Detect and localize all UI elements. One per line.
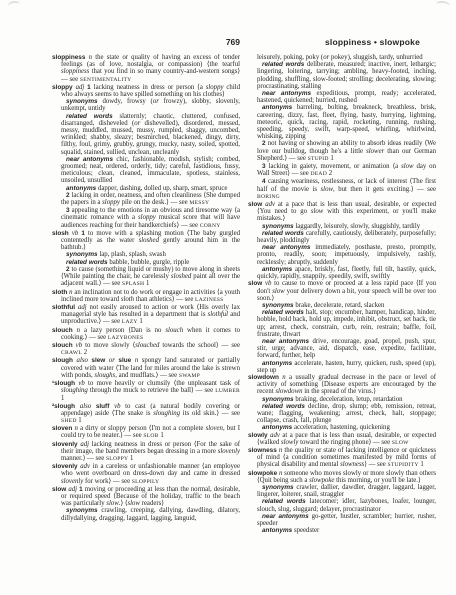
text-run: synonyms [66, 98, 102, 105]
text-run: slowness [248, 447, 279, 454]
sense-paragraph: antonyms accelerate, hasten, hurry, quic… [248, 360, 436, 374]
text-run: sloppiness [52, 54, 89, 61]
text-run: synonyms [262, 396, 295, 403]
text-run: slow [248, 201, 265, 208]
text-run: sloughing [153, 410, 183, 417]
text-run: sluff [96, 403, 114, 410]
text-run: related words [262, 61, 307, 68]
entry-paragraph: slothful adj not easily aroused to actio… [52, 304, 240, 327]
text-run: slovenly [52, 463, 80, 470]
text-run: synonyms [262, 302, 295, 309]
sense-paragraph: near antonyms expeditious, prompt, ready… [248, 90, 436, 104]
text-run: STUPIDITY [387, 462, 418, 468]
text-run: sloth [121, 296, 136, 303]
entry-paragraph: slouch n a lazy person ⟨Dan is no slouch… [52, 327, 240, 342]
text-run: ¹slough [52, 380, 78, 387]
text-run: through the muck to retrieve the ball⟩ —… [90, 387, 215, 394]
entry-paragraph: sloppy adj 1 lacking neatness in dress o… [52, 84, 240, 98]
entry-paragraph: slovenly adj lacking neatness in dress o… [52, 441, 240, 464]
thesaurus-page: 769 sloppiness • slowpoke sloppiness n t… [0, 0, 456, 595]
sense-paragraph: related words deliberate, measured; inac… [248, 61, 436, 90]
text-run: sloshed [171, 273, 193, 280]
text-run: vb [78, 380, 88, 387]
text-run: sloppiness [61, 68, 92, 75]
text-run: manner.⟩ — see [61, 455, 106, 462]
text-run: BORING [257, 194, 280, 200]
text-run: SENTIMENTALITY [80, 77, 132, 83]
entry-paragraph: sloth n an inclination not to do work or… [52, 289, 240, 304]
text-run: slew [91, 357, 108, 364]
text-run: lacking in gaiety, movement, or animatio… [269, 163, 402, 170]
sense-paragraph: synonyms crawler, dallier, dawdler, drag… [248, 484, 436, 498]
text-run: slowly [281, 439, 300, 446]
text-run: or [109, 357, 119, 364]
text-run: pile on the desk.⟩ — see [122, 199, 190, 206]
text-run: synonyms [262, 223, 295, 230]
text-run: slothful [52, 304, 78, 311]
entry-paragraph: slow vb to cause to move or proceed at a… [248, 280, 436, 302]
text-run: STUPID [308, 156, 329, 162]
text-run: slow [106, 500, 118, 507]
sense-paragraph: synonyms crawling, creeping, dallying, d… [52, 507, 240, 521]
entry-paragraph: slowdown n a usually gradual decrease in… [248, 374, 436, 396]
text-run: 1 [77, 417, 82, 424]
text-run: or [134, 120, 144, 127]
sense-paragraph: near antonyms immediately, posthaste, pr… [248, 244, 436, 266]
sense-paragraph: synonyms braking, deceleration, letup, r… [248, 396, 436, 403]
text-run: leisurely, poking, poky ( [257, 54, 323, 61]
sense-paragraph: related words babble, bubble, gurgle, ri… [52, 259, 240, 266]
text-run: ⟩ — see [364, 461, 387, 468]
sense-paragraph: synonyms laggardly, leisurely, slowly, s… [248, 223, 436, 230]
text-run: MESSY [189, 200, 209, 206]
text-run: antonyms [262, 424, 294, 431]
text-run: SLOPPILY [132, 479, 160, 485]
text-run: slow [401, 163, 416, 170]
text-run: its old skin.⟩ — see [183, 410, 240, 417]
text-run: related words [262, 230, 306, 237]
text-run: 1 [144, 280, 149, 287]
text-run: antonyms [262, 360, 294, 367]
sense-paragraph: 3 appealing to the emotions in an obviou… [52, 207, 240, 230]
text-run: sloven [206, 425, 223, 432]
text-run: to move heavily or clumsily ⟨the unpleas… [88, 380, 240, 387]
text-run: slouch [165, 327, 187, 334]
text-run: slovenly [52, 441, 80, 448]
entry-paragraph: sloven n a dirty or sloppy person ⟨I'm n… [52, 425, 240, 440]
text-run: slow [311, 208, 327, 215]
text-run: synonyms [262, 484, 296, 491]
text-run: near antonyms [66, 156, 116, 163]
text-run: vb [72, 230, 81, 237]
text-run: 1 [329, 155, 334, 162]
text-run: related words [262, 309, 306, 316]
text-run: n [77, 327, 84, 334]
entry-paragraph: slough also slew or slue n spongy land s… [52, 357, 240, 380]
text-run: near antonyms [262, 513, 312, 520]
sense-paragraph: antonyms dapper, dashing, dolled up, sha… [52, 185, 240, 192]
text-run: slowness [340, 461, 364, 468]
sense-paragraph: antonyms barreling, bolting, breakneck, … [248, 104, 436, 140]
text-run: dapper, dashing, dolled up, sharp, smart… [98, 185, 227, 192]
scan-artifact-left [8, 0, 21, 10]
text-run: vb [265, 280, 274, 287]
text-run: 2 [82, 349, 87, 356]
entry-paragraph: slow adv at a pace that is less than usu… [248, 201, 436, 223]
sense-paragraph: antonyms speedster [248, 527, 436, 534]
entry-paragraph: slosh vb 1 to move with a splashing moti… [52, 230, 240, 252]
text-run: or [153, 98, 164, 105]
text-run: slow [272, 288, 286, 295]
text-run: vb [114, 403, 125, 410]
text-run: 1 [419, 461, 424, 468]
text-run: sloppy [138, 214, 159, 221]
text-run: slouch [52, 342, 76, 349]
text-run: slowdown [275, 388, 304, 395]
text-run: lacking neatness in dress or person ⟨a [94, 84, 206, 91]
text-run: or [323, 54, 331, 61]
text-run: than athletics⟩ — see [136, 296, 195, 303]
text-run: SLOB [143, 433, 158, 439]
text-run: toward the ringing phone⟩ — see [300, 439, 392, 446]
text-run: near antonyms [262, 244, 315, 251]
text-run: synonyms [66, 251, 99, 258]
text-run: LAZINESS [195, 297, 223, 303]
text-run: near antonyms [262, 90, 316, 97]
text-run: slow [127, 500, 141, 507]
text-run: babble, bubble, gurgle, ripple [109, 259, 189, 266]
sense-paragraph: synonyms brake, decelerate, retard, slac… [248, 302, 436, 309]
entry-paragraph: slow adj 1 moving or proceeding at less … [52, 486, 240, 508]
text-run: ²slough [52, 403, 80, 410]
sense-paragraph: near antonyms go-getter, hustler, scramb… [248, 513, 436, 527]
text-run: adj [78, 304, 90, 311]
text-run: a lazy person ⟨Dan is no [84, 327, 165, 334]
entry-paragraph: ¹slough vb to move heavily or clumsily ⟨… [52, 380, 240, 403]
text-run: readers⟩ [142, 500, 164, 507]
sense-paragraph: near antonyms chic, fashionable, modish,… [52, 156, 240, 185]
entry-paragraph: slouch vb to move slowly ⟨slouched towar… [52, 342, 240, 357]
text-run: to move slowly ⟨ [85, 342, 135, 349]
text-run: adj [76, 84, 88, 91]
text-run: pokey), sluggish, tardy, unhurried [331, 54, 423, 61]
text-run: slough [52, 357, 77, 364]
text-run: adj [80, 441, 91, 448]
text-run: sloppy [102, 199, 121, 206]
text-run: 2 [327, 170, 332, 177]
text-run: SWAMP [179, 373, 200, 379]
text-run: antonyms [66, 185, 98, 192]
sense-paragraph: antonyms acceleration, hastening, quicke… [248, 424, 436, 431]
text-run: CRAWL [61, 350, 82, 356]
sense-paragraph: near antonyms drive, encourage, goad, pr… [248, 338, 436, 360]
text-run: 1 [159, 432, 164, 439]
text-run: adv [270, 432, 282, 439]
entry-paragraph: slowpoke n someone who moves slowly or m… [248, 470, 436, 484]
entry-paragraph: slovenly adv in a careless or unfashiona… [52, 463, 240, 486]
text-run: dowdy, frowsy ( [102, 98, 152, 105]
text-run: near antonyms [262, 338, 312, 345]
text-run: 1 [61, 395, 64, 402]
text-run: slosh [52, 230, 72, 237]
text-run: slouched [135, 342, 162, 349]
text-run: slowly [248, 432, 270, 439]
entry-paragraph: slowly adv at a pace that is less than u… [248, 432, 436, 447]
sense-paragraph: antonyms apace, briskly, fast, fleetly, … [248, 266, 436, 280]
text-run: CORNY [200, 223, 221, 229]
text-run: , but then it gets exciting.⟩ — see [333, 186, 436, 193]
text-run: DEAD [310, 171, 327, 177]
text-run: slowpoke [248, 470, 279, 477]
sense-paragraph: synonyms lap, plash, splash, swash [52, 251, 240, 258]
text-run: 1 [81, 230, 88, 237]
guide-words: sloppiness • slowpoke [325, 37, 420, 47]
text-run: slowpoke [309, 477, 336, 484]
text-run: lap, plash, splash, swash [99, 251, 165, 258]
text-run: slow [321, 186, 333, 193]
sense-paragraph: 4 causing weariness, restlessness, or la… [248, 178, 436, 201]
text-run: also [77, 357, 92, 364]
entry-paragraph: sloppiness n the state or quality of hav… [52, 54, 240, 84]
sense-paragraph: synonyms dowdy, frowsy (or frowzy), slob… [52, 98, 240, 112]
sense-paragraph: related words carefully, cautiously, del… [248, 230, 436, 244]
text-run: SLOW [392, 440, 409, 446]
scan-artifact-right [436, 0, 451, 9]
text-run: SLOPPY [106, 456, 128, 462]
text-run: SPLASH [122, 281, 144, 287]
sense-paragraph: 2 not having or showing an ability to ab… [248, 140, 436, 163]
sense-paragraph: 3 lacking in gaiety, movement, or animat… [248, 163, 436, 178]
text-run: slow [248, 280, 265, 287]
text-run: for work⟩ — see [85, 478, 132, 485]
text-run: sloppy [206, 84, 227, 91]
text-run: related words [66, 259, 109, 266]
text-run: SHED [61, 418, 77, 424]
text-run: LUMBER [215, 388, 240, 394]
sense-paragraph: related words decline, drop, slump; ebb,… [248, 403, 436, 425]
text-run: , and mudflats.⟩ — see [115, 372, 179, 379]
text-run: speedster [294, 527, 319, 534]
sense-paragraph: 2 lacking in order, neatness, and often … [52, 192, 240, 207]
text-run: adj [68, 486, 79, 493]
text-run: related words [66, 113, 119, 120]
continuation-paragraph: leisurely, poking, poky (or pokey), slug… [248, 54, 436, 61]
text-run: antonyms [262, 266, 295, 273]
text-run: 1 [128, 455, 133, 462]
text-run: n [135, 357, 142, 364]
text-run: towards the school⟩ — see [162, 342, 240, 349]
text-run: slow [52, 486, 68, 493]
text-run: slovenly [61, 478, 85, 485]
text-run: adv [80, 463, 92, 470]
text-run: sloughs [94, 372, 115, 379]
text-run: sloughing [61, 387, 90, 394]
right-column: leisurely, poking, poky (or pokey), slug… [248, 54, 436, 554]
sense-paragraph: 2 to cause (something liquid or mushy) t… [52, 266, 240, 289]
text-run: antonyms [262, 527, 294, 534]
text-run: slowdown [248, 374, 282, 381]
text-run: 1 [138, 318, 143, 325]
text-run: slouch [52, 327, 77, 334]
text-run: sloppy [52, 84, 76, 91]
text-run: acceleration, hastening, quickening [294, 424, 390, 431]
text-run: LAZYBONES [108, 335, 144, 341]
text-run: sloth [52, 289, 69, 296]
text-run: related words [262, 403, 308, 410]
text-run: slue [118, 357, 134, 364]
text-run: LAZY [122, 319, 138, 325]
text-run: slothful [208, 311, 231, 318]
sense-paragraph: related words slatternly; chaotic, clutt… [52, 113, 240, 156]
text-run: vb [76, 342, 85, 349]
text-run: this morning, or you'll be late.⟩ [336, 477, 420, 484]
text-run: slower [366, 148, 387, 155]
text-run: brake, decelerate, retard, slacken [295, 302, 384, 309]
text-run: sloshed [139, 237, 164, 244]
text-run: in the spread of the virus.⟩ [304, 388, 376, 395]
text-run: adv [265, 201, 278, 208]
text-run: braking, deceleration, letup, retardatio… [295, 396, 402, 403]
entry-paragraph: ²slough also sluff vb to cast (a natural… [52, 403, 240, 426]
text-run: antonyms [262, 104, 297, 111]
text-run: also [80, 403, 96, 410]
sense-paragraph: related words halt, stop; encumber, hamp… [248, 309, 436, 338]
text-run: laggardly, leisurely, slowly, sluggishly… [295, 223, 420, 230]
text-run: related words [262, 498, 310, 505]
text-run: synonyms [66, 507, 101, 514]
sense-paragraph: related words latecomer; idler, lazybone… [248, 498, 436, 512]
running-head: 769 sloppiness • slowpoke [52, 37, 436, 48]
entry-paragraph: slowness n the quality or state of lacki… [248, 447, 436, 470]
text-run: slovenly [218, 448, 240, 455]
left-column: sloppiness n the state or quality of hav… [52, 54, 240, 554]
page-number: 769 [52, 37, 240, 47]
